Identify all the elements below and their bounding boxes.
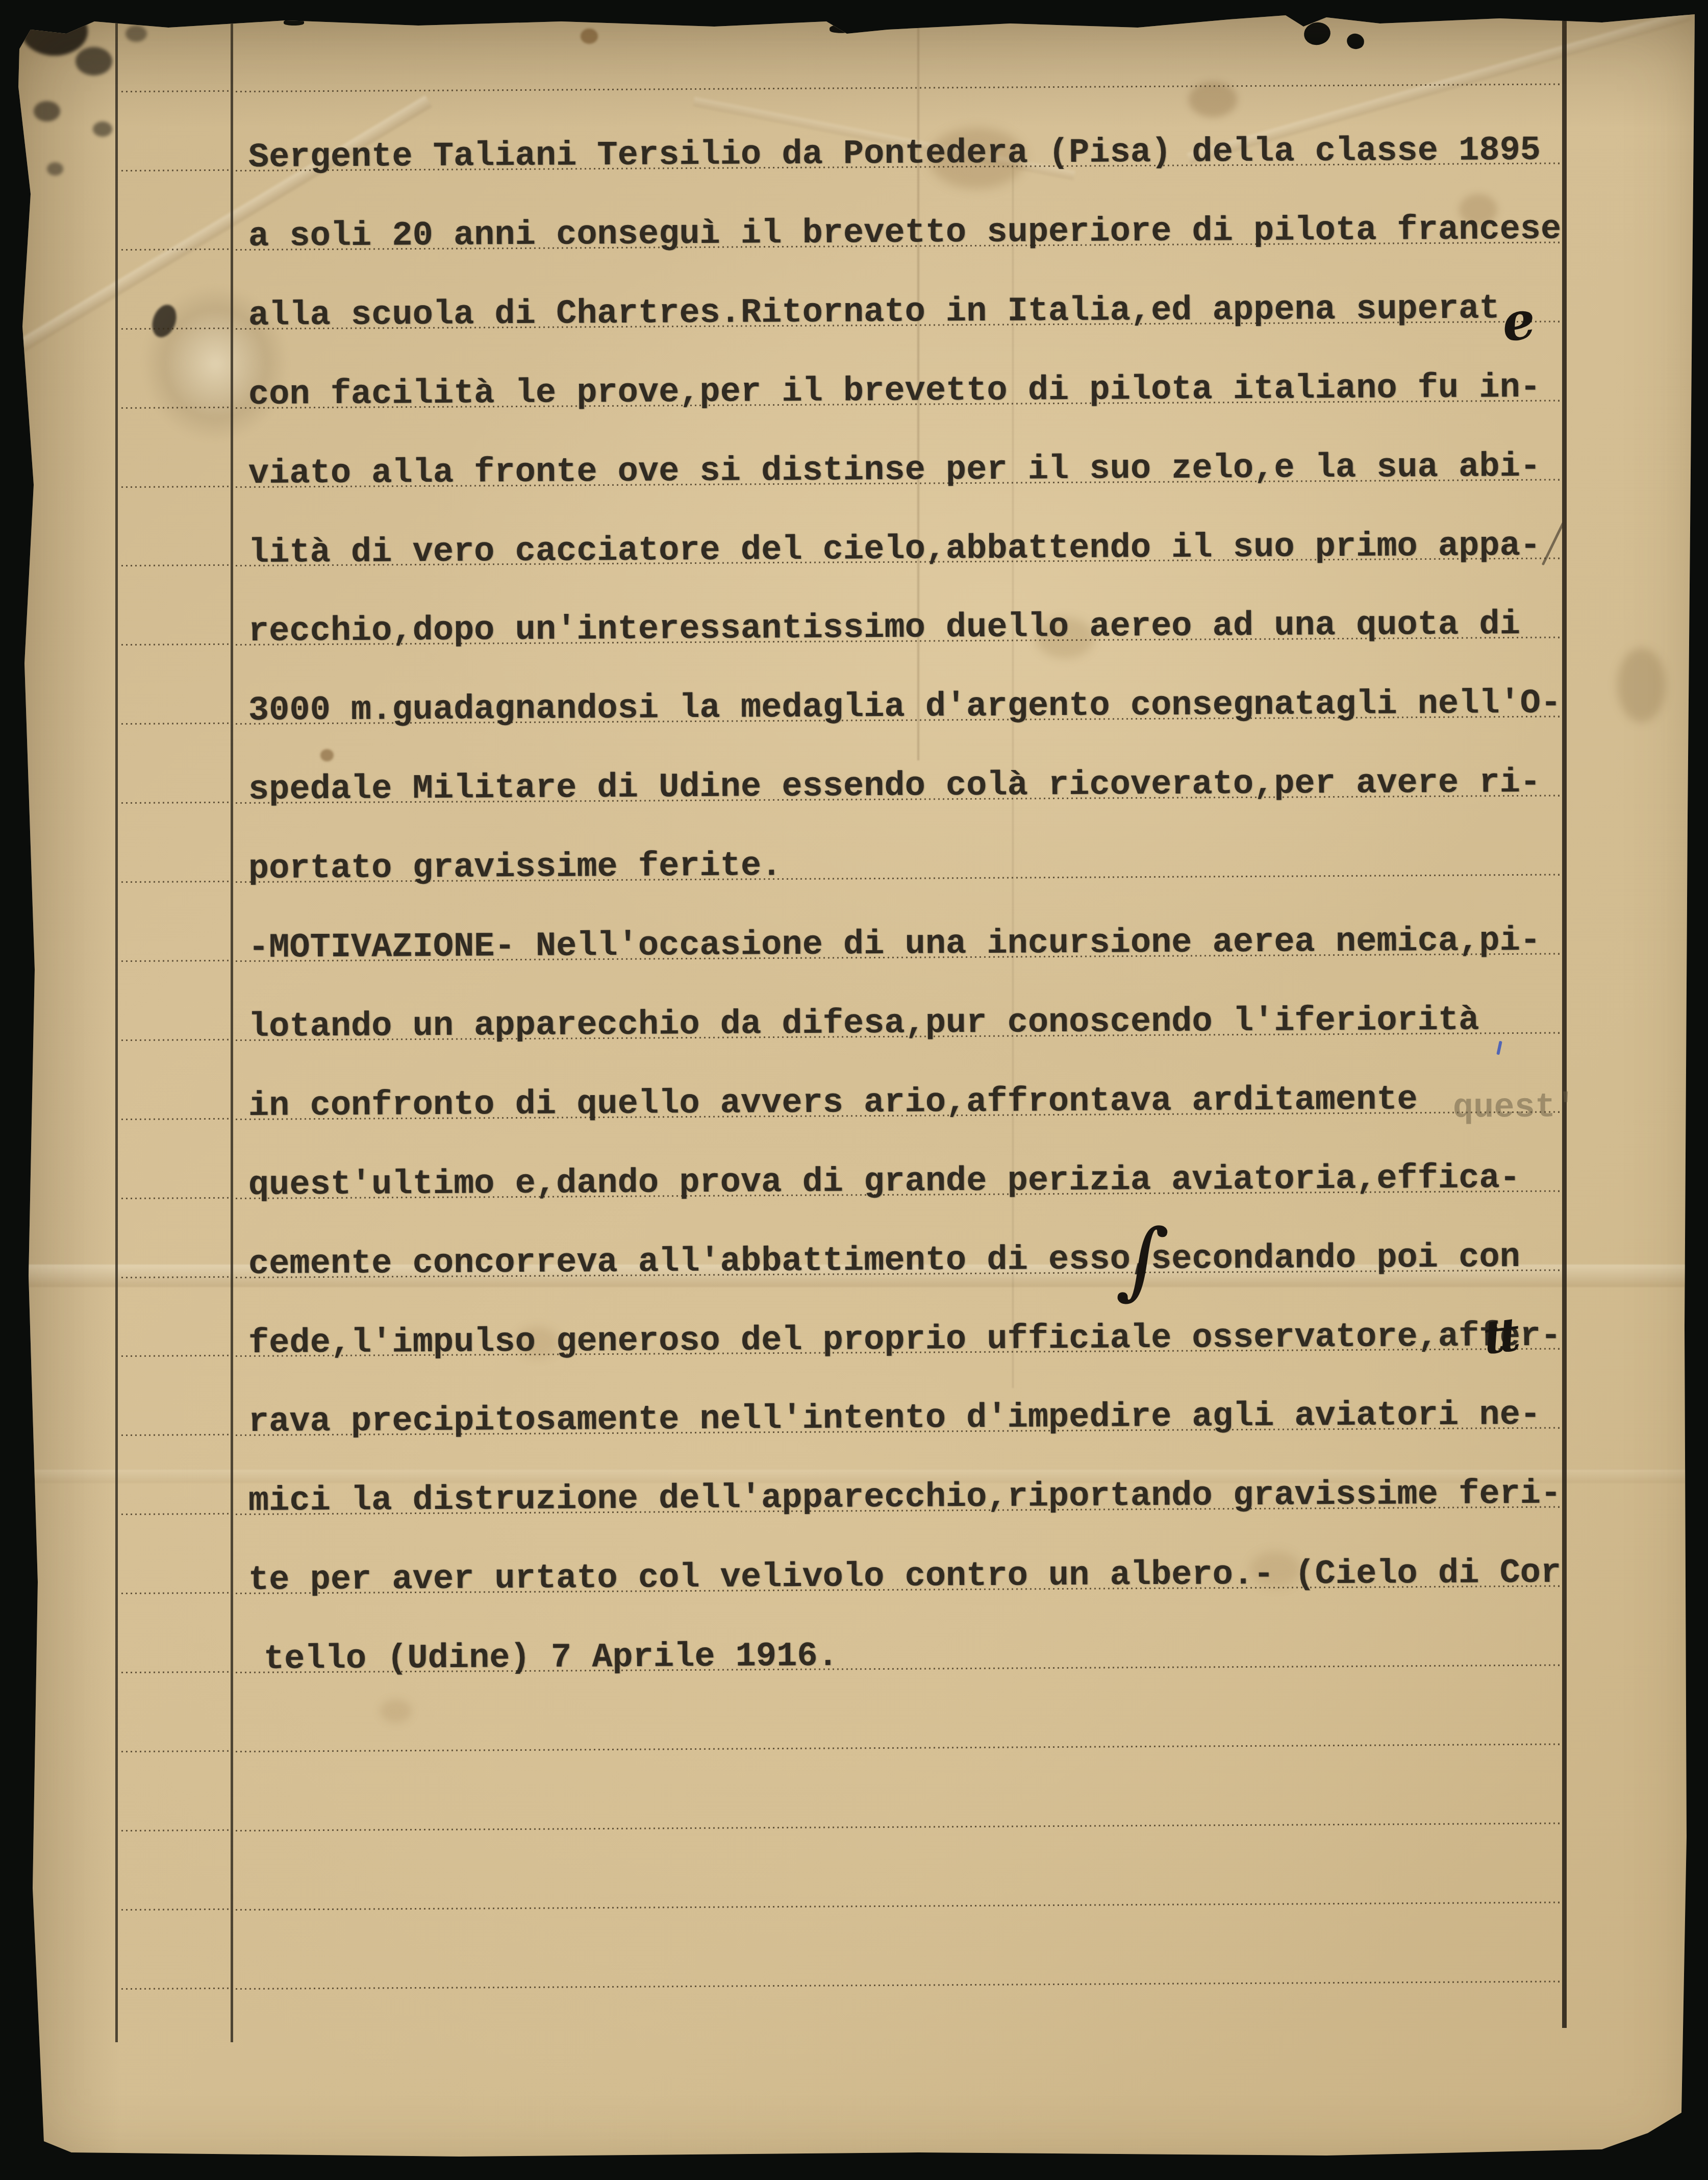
typed-line-14: quest'ultimo e,dando prova di grande per… [248, 1161, 1520, 1203]
typed-line-1: Sergente Taliani Tersilio da Pontedera (… [248, 134, 1541, 175]
typed-line-19: te per aver urtato col velivolo contro u… [248, 1556, 1562, 1598]
typed-line-4: con facilità le prove,per il brevetto di… [248, 371, 1541, 412]
typed-line-8: 3000 m.guadagnandosi la medaglia d'argen… [248, 687, 1562, 728]
ruled-line-margin [121, 1908, 231, 1910]
ruled-line-main [236, 1901, 1562, 1911]
left-edge-shading [0, 0, 120, 2180]
margin-rule-left-1 [115, 20, 118, 2042]
ruled-line-margin [121, 1276, 231, 1278]
ruled-line-margin [121, 1513, 231, 1515]
typed-line-12: lotando un apparecchio da difesa,pur con… [248, 1003, 1479, 1044]
ruled-line-margin [121, 1118, 231, 1120]
ruled-line-main [236, 1980, 1562, 1990]
typed-line-15: cemente concorreva all'abbattimento di e… [248, 1241, 1520, 1282]
handwritten-e-correction: e [1498, 289, 1539, 354]
ruled-line-margin [121, 485, 231, 487]
paper-sheet: Sergente Taliani Tersilio da Pontedera (… [0, 0, 1708, 2180]
typed-line-2: a soli 20 anni conseguì il brevetto supe… [248, 213, 1562, 254]
grime-top-band [0, 0, 1708, 128]
stain [320, 749, 334, 761]
paper-edge-nick [829, 22, 866, 34]
margin-rule-right [1562, 18, 1567, 2028]
ruled-line-margin [121, 1434, 231, 1436]
scanned-document-screenshot: { "page": { "description": "Scanned type… [0, 0, 1708, 2180]
typed-line-9: spedale Militare di Udine essendo colà r… [248, 766, 1541, 807]
typed-line-17: rava precipitosamente nell'intento d'imp… [248, 1398, 1541, 1440]
typed-line-5: viato alla fronte ove si distinse per il… [248, 450, 1541, 491]
blue-pencil-mark [1496, 1041, 1502, 1055]
ruled-line-margin [121, 960, 231, 962]
ruled-line-margin [121, 1039, 231, 1041]
ruled-line-margin [121, 643, 231, 646]
stain [1617, 648, 1666, 722]
ruled-line-margin [121, 802, 231, 804]
ruled-line-main [236, 1822, 1562, 1831]
handwritten-tt-correction: tt [1480, 1308, 1517, 1365]
ruled-line-margin [121, 406, 231, 408]
stain [380, 1699, 412, 1723]
ruled-line-margin [121, 1355, 231, 1357]
ruled-line-margin [121, 881, 231, 883]
tear-hole [148, 301, 181, 340]
ruled-line-margin [121, 1671, 231, 1673]
ruled-line-main [236, 1743, 1562, 1752]
typed-line-18: mici la distruzione dell'apparecchio,rip… [248, 1477, 1562, 1519]
typed-line-20: tello (Udine) 7 Aprile 1916. [264, 1640, 838, 1677]
typed-line-16: fede,l'impulso generoso del proprio uffi… [248, 1319, 1562, 1360]
ruled-line-margin [121, 1750, 231, 1752]
typed-line-11: -MOTIVAZIONE- Nell'occasione di una incu… [248, 924, 1541, 965]
ruled-line-margin [121, 723, 231, 725]
typed-line-6: lità di vero cacciatore del cielo,abbatt… [248, 529, 1541, 570]
ruled-line-margin [121, 327, 231, 329]
typed-line-10: portato gravissime ferite. [248, 849, 782, 886]
ruled-line-margin [121, 1987, 231, 1989]
handwritten-ink-stroke: ∫ [1114, 1206, 1172, 1313]
ruled-line-margin [121, 169, 231, 171]
ruled-line-margin [121, 249, 231, 251]
typed-line-7: recchio,dopo un'interessantissimo duello… [248, 608, 1520, 649]
ruled-line-margin [121, 564, 231, 566]
paper-edge-nick [284, 19, 304, 26]
faint-typed-word: quest' [1453, 1091, 1576, 1125]
ruled-line-margin [121, 1197, 231, 1199]
ruled-line-margin [121, 1592, 231, 1594]
margin-rule-left-2 [231, 20, 233, 2042]
typed-line-3: alla scuola di Chartres.Ritornato in Ita… [248, 292, 1500, 333]
typed-line-13: in confronto di quello avvers ario,affro… [248, 1083, 1418, 1124]
ruled-line-margin [121, 1829, 231, 1831]
